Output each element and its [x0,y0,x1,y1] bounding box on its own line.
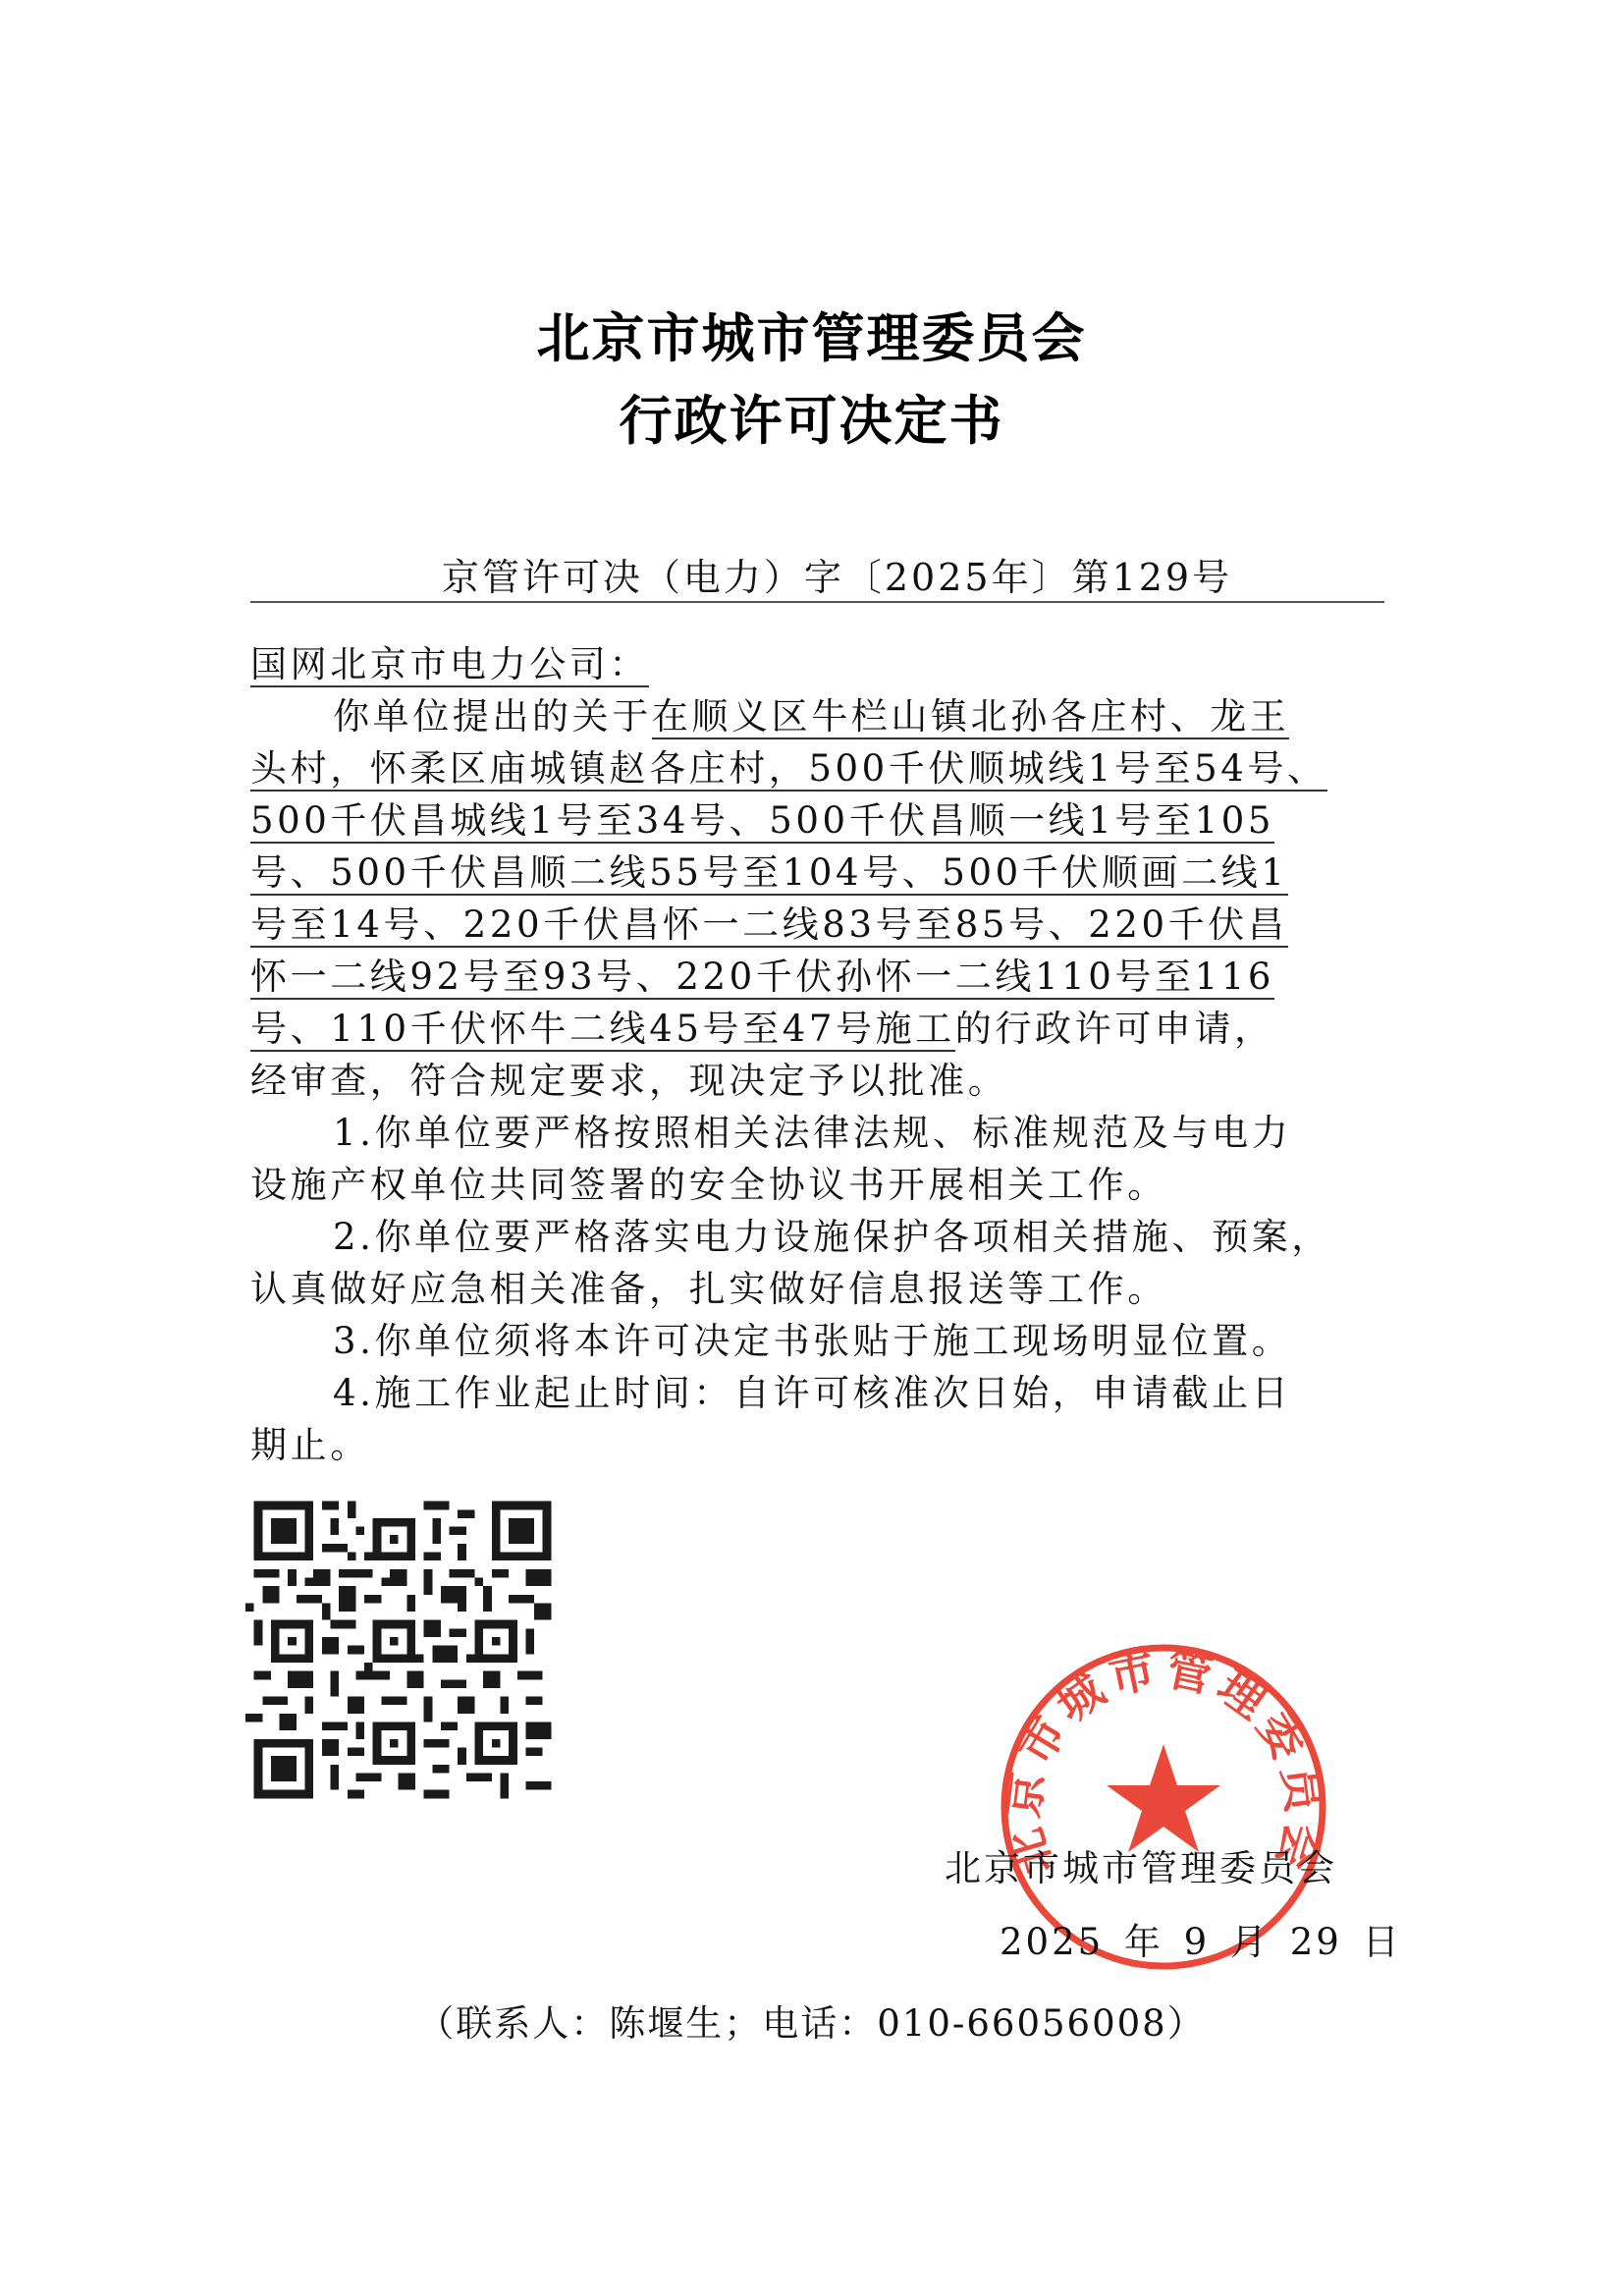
body-line: 号至14号、220千伏昌怀一二线83号至85号、220千伏昌 [250,899,1288,951]
contact-info: （联系人：陈堰生；电话：010-66056008） [0,2001,1623,2047]
signing-organization: 北京市城市管理委员会 [945,1846,1337,1891]
body-line: 怀一二线92号至93号、220千伏孙怀一二线110号至116 [250,951,1274,1003]
body-line: 号、110千伏怀牛二线45号至47号施工的行政许可申请， [250,1003,1274,1055]
body-text-underlined: 怀一二线92号至93号、220千伏孙怀一二线110号至116 [250,956,1274,1000]
condition-item-2: 2.你单位要严格落实电力设施保护各项相关措施、预案， [250,1211,1331,1263]
document-page: 北京市城市管理委员会 行政许可决定书 京管许可决（电力）字〔2025年〕第129… [0,0,1623,2296]
body-line: 头村，怀柔区庙城镇赵各庄村，500千伏顺城线1号至54号、 [250,742,1327,794]
condition-item-2-cont: 认真做好应急相关准备，扎实做好信息报送等工作。 [250,1263,1167,1315]
body-text-underlined: 在顺义区牛栏山镇北孙各庄村、龙王 [652,695,1290,739]
body-line: 号、500千伏昌顺二线55号至104号、500千伏顺画二线1 [250,847,1288,899]
recipient-line: 国网北京市电力公司： [250,638,649,690]
body-text-underlined: 头村，怀柔区庙城镇赵各庄村，500千伏顺城线1号至54号、 [250,747,1327,792]
condition-item-4-cont: 期止。 [250,1419,370,1471]
body-text-underlined: 号至14号、220千伏昌怀一二线83号至85号、220千伏昌 [250,903,1288,948]
body-text-underlined: 500千伏昌城线1号至34号、500千伏昌顺一线1号至105 [250,799,1274,844]
header-divider [250,601,1384,603]
body-text: 你单位提出的关于 [333,695,652,738]
condition-item-1-cont: 设施产权单位共同签署的安全协议书开展相关工作。 [250,1159,1167,1211]
qr-code-icon[interactable] [245,1493,560,1807]
document-title-issuer: 北京市城市管理委员会 [0,306,1623,369]
condition-item-3: 3.你单位须将本许可决定书张贴于施工现场明显位置。 [250,1315,1291,1367]
condition-item-4: 4.施工作业起止时间：自许可核准次日始，申请截止日 [250,1367,1291,1419]
body-line: 经审查，符合规定要求，现决定予以批准。 [250,1055,1007,1107]
signing-date: 2025 年 9 月 29 日 [1000,1920,1402,1965]
body-text: 的行政许可申请， [955,1008,1274,1050]
body-text-underlined: 号、110千伏怀牛二线45号至47号施工 [250,1008,955,1052]
body-text: 经审查，符合规定要求，现决定予以批准。 [250,1060,1007,1102]
body-line: 500千伏昌城线1号至34号、500千伏昌顺一线1号至105 [250,794,1274,847]
recipient: 国网北京市电力公司： [250,643,649,687]
body-line: 你单位提出的关于在顺义区牛栏山镇北孙各庄村、龙王 [250,690,1289,742]
body-text-underlined: 号、500千伏昌顺二线55号至104号、500千伏顺画二线1 [250,851,1288,896]
condition-item-1: 1.你单位要严格按照相关法律法规、标准规范及与电力 [250,1107,1291,1159]
document-number: 京管许可决（电力）字〔2025年〕第129号 [250,555,1384,600]
document-title-type: 行政许可决定书 [0,389,1623,452]
